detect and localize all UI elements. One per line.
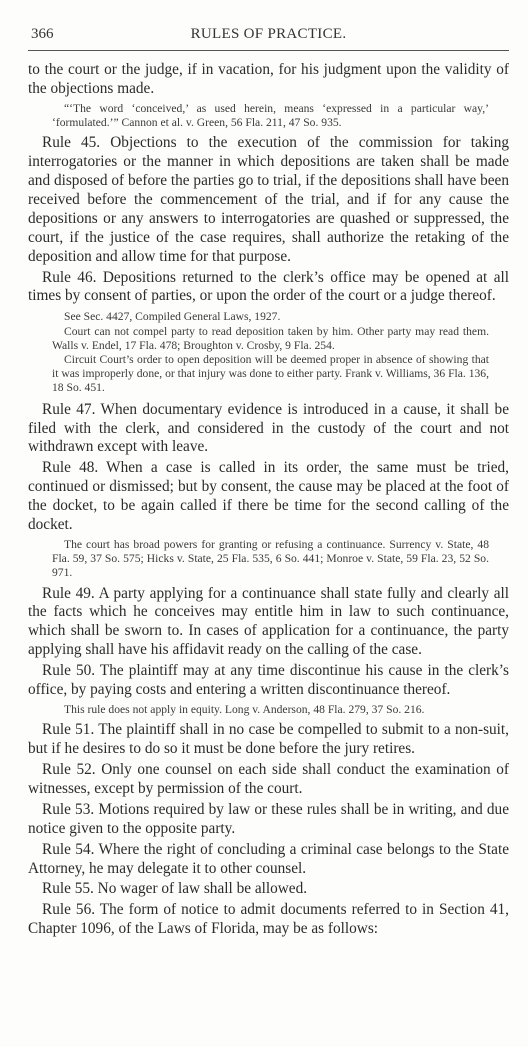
rule-54: Rule 54. Where the right of concluding a…	[28, 841, 509, 879]
continuation-paragraph: to the court or the judge, if in vacatio…	[28, 61, 509, 99]
annotation-note: This rule does not apply in equity. Long…	[28, 703, 509, 717]
rule-51: Rule 51. The plaintiff shall in no case …	[28, 721, 509, 759]
rule-47: Rule 47. When documentary evidence is in…	[28, 401, 509, 458]
rule-45: Rule 45. Objections to the execution of …	[28, 134, 509, 266]
annotation-note: “‘The word ‘conceived,’ as used herein, …	[28, 102, 509, 130]
rule-52: Rule 52. Only one counsel on each side s…	[28, 761, 509, 799]
rule-46: Rule 46. Depositions returned to the cle…	[28, 269, 509, 307]
rule-56: Rule 56. The form of notice to admit doc…	[28, 901, 509, 939]
annotation-note: The court has broad powers for granting …	[28, 538, 509, 581]
annotation-note: Circuit Court’s order to open deposition…	[28, 353, 509, 396]
document-page: 366 RULES OF PRACTICE. to the court or t…	[28, 26, 509, 941]
rule-46-notes: See Sec. 4427, Compiled General Laws, 19…	[28, 310, 509, 395]
page-header: 366 RULES OF PRACTICE.	[28, 26, 509, 48]
header-rule	[28, 50, 509, 51]
rule-55: Rule 55. No wager of law shall be allowe…	[28, 880, 509, 899]
annotation-note: Court can not compel party to read depos…	[28, 325, 509, 353]
rule-48: Rule 48. When a case is called in its or…	[28, 459, 509, 535]
annotation-note: See Sec. 4427, Compiled General Laws, 19…	[28, 310, 509, 324]
rule-50: Rule 50. The plaintiff may at any time d…	[28, 662, 509, 700]
running-title: RULES OF PRACTICE.	[28, 26, 509, 43]
rule-53: Rule 53. Motions required by law or thes…	[28, 801, 509, 839]
rule-49: Rule 49. A party applying for a continua…	[28, 585, 509, 661]
